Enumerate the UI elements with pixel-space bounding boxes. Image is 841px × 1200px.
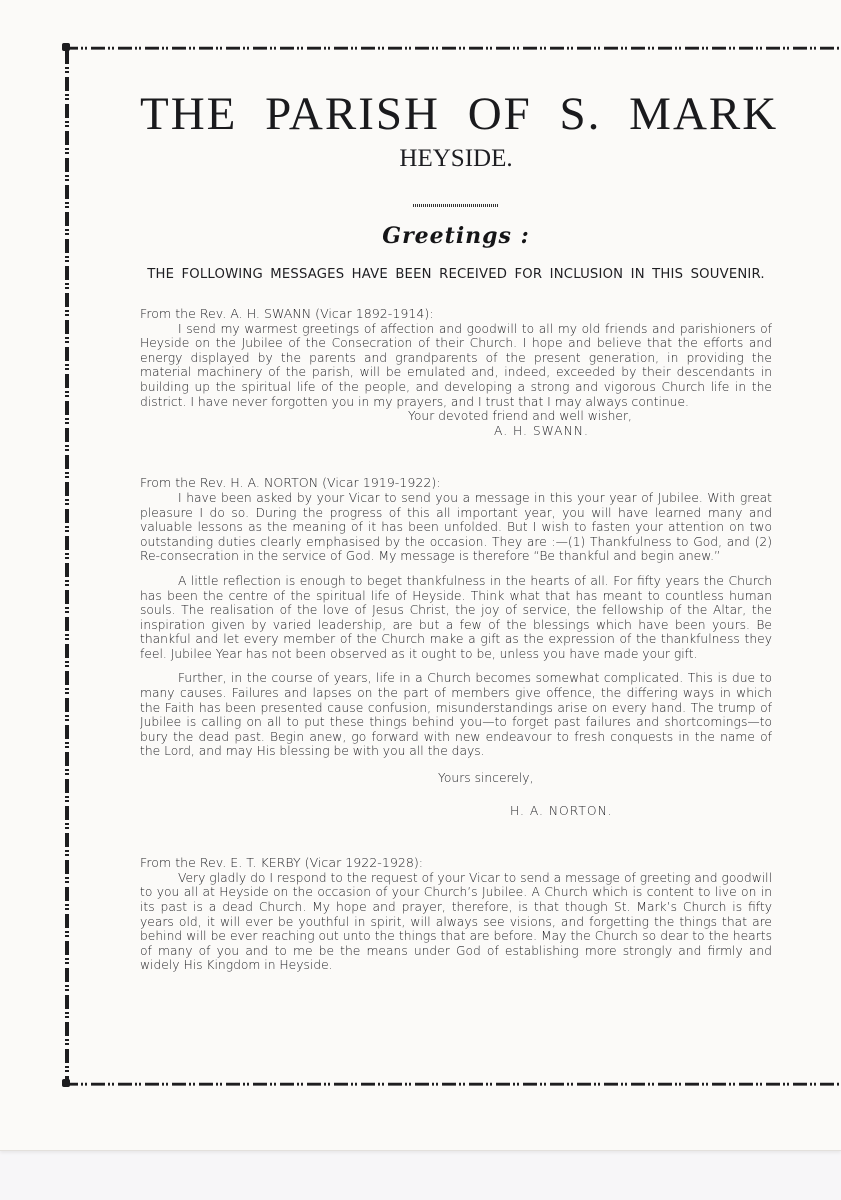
- page-title: THE PARISH OF S. MARK: [140, 86, 772, 142]
- letter-kerby: From the Rev. E. T. KERBY (Vicar 1922-19…: [140, 856, 772, 973]
- letter-from: From the Rev. H. A. NORTON (Vicar 1919-1…: [140, 476, 772, 491]
- letter-paragraph: Further, in the course of years, life in…: [140, 671, 772, 759]
- letter-paragraph: I have been asked by your Vicar to send …: [140, 491, 772, 564]
- ornamental-border-top: [64, 44, 841, 52]
- page-subtitle: HEYSIDE.: [140, 144, 772, 174]
- letter-signature: A. H. SWANN.: [494, 424, 772, 439]
- letter-paragraph: A little reflection is enough to beget t…: [140, 574, 772, 662]
- letter-signature: H. A. NORTON.: [510, 804, 772, 819]
- greetings-heading: Greetings :: [140, 221, 772, 251]
- page-content: THE PARISH OF S. MARK HEYSIDE. Greetings…: [140, 86, 772, 973]
- letter-closing: Yours sincerely,: [438, 771, 772, 786]
- ornamental-border-bottom: [64, 1080, 841, 1088]
- letter-paragraph: I send my warmest greetings of affection…: [140, 322, 772, 410]
- ornamental-border-left: [65, 50, 69, 1084]
- letter-from: From the Rev. E. T. KERBY (Vicar 1922-19…: [140, 856, 772, 871]
- intro-text: THE FOLLOWING MESSAGES HAVE BEEN RECEIVE…: [134, 265, 778, 285]
- letter-norton: From the Rev. H. A. NORTON (Vicar 1919-1…: [140, 476, 772, 818]
- letter-closing: Your devoted friend and well wisher,: [408, 409, 772, 424]
- border-corner-ornament-bottom-left: [62, 1079, 70, 1087]
- document-page: THE PARISH OF S. MARK HEYSIDE. Greetings…: [0, 0, 841, 1151]
- letter-swann: From the Rev. A. H. SWANN (Vicar 1892-19…: [140, 307, 772, 438]
- letter-from: From the Rev. A. H. SWANN (Vicar 1892-19…: [140, 307, 772, 322]
- border-corner-ornament-top-left: [62, 43, 70, 51]
- letter-paragraph: Very gladly do I respond to the request …: [140, 871, 772, 973]
- decorative-rule: [413, 204, 499, 207]
